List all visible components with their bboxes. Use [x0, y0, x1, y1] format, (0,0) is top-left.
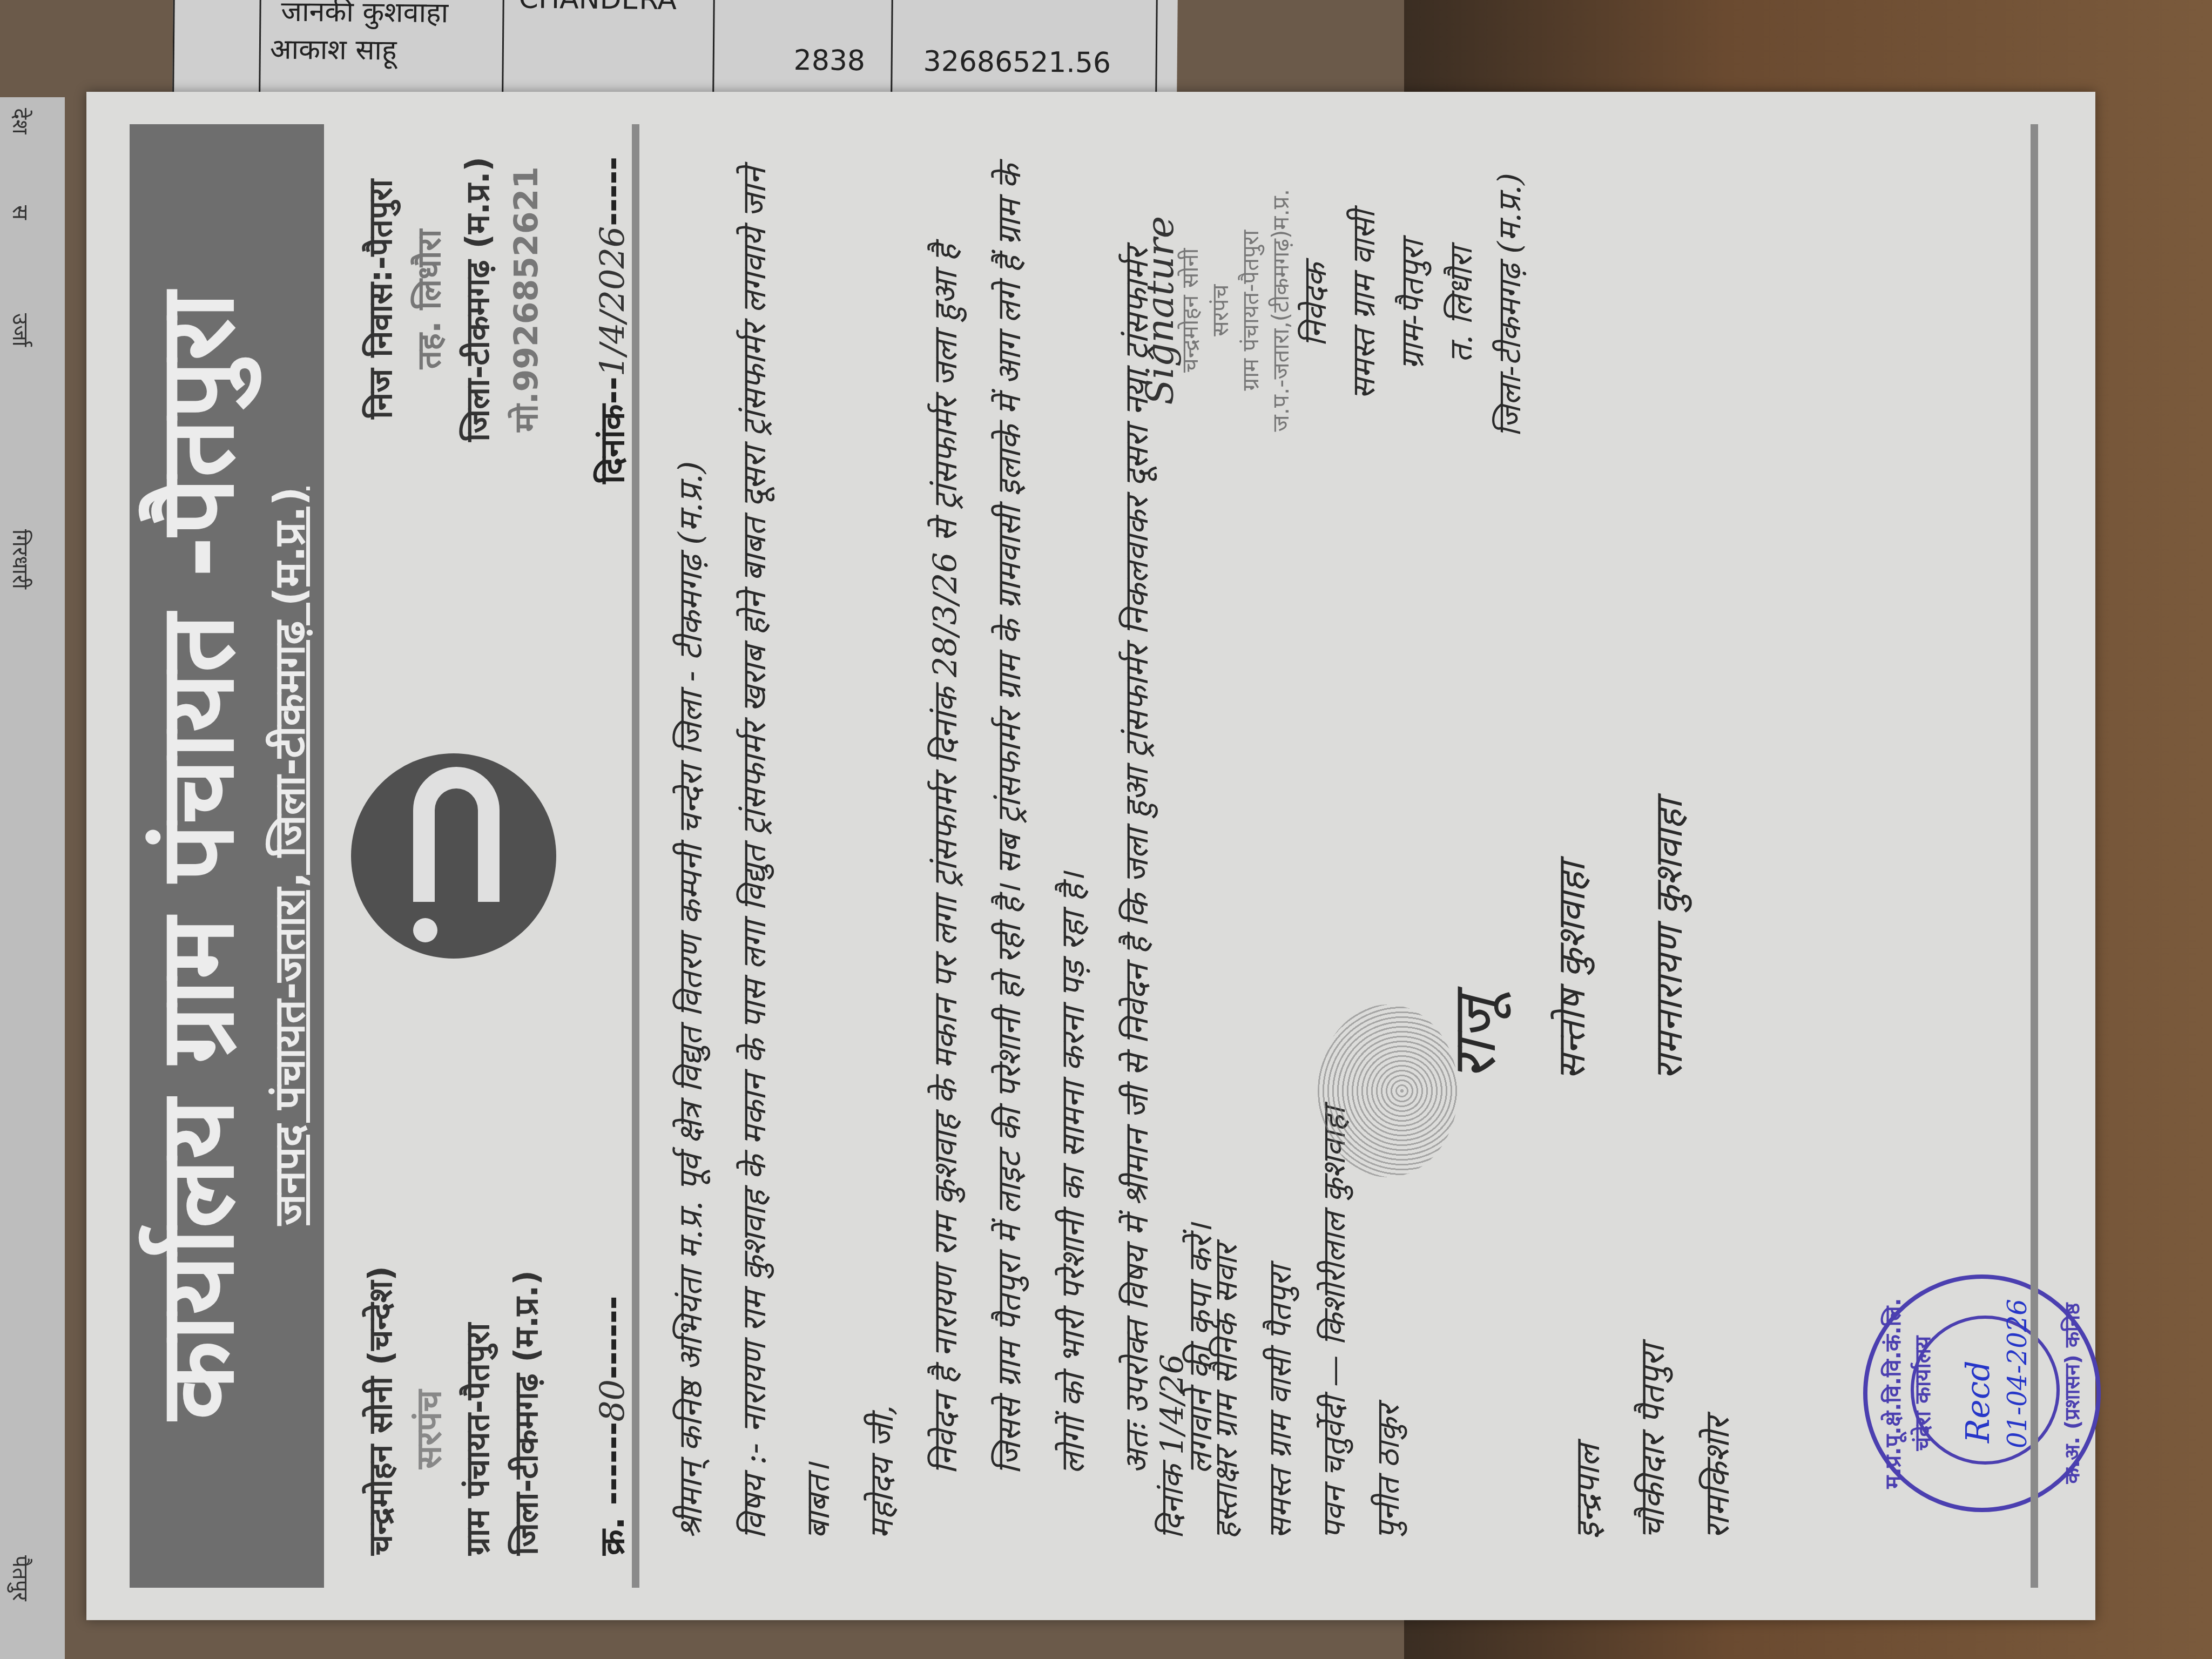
salutation: महोदय जी,	[850, 162, 914, 1539]
fragment-text: स	[5, 205, 35, 220]
signatory-name: रामनारायण कुशवाहा	[1620, 799, 1717, 1080]
mobile-number: मो.9926852621	[502, 157, 551, 442]
fragment-text: देश	[5, 108, 35, 134]
panchayat-name: ग्राम पंचायत-पैतपुरा	[454, 1266, 502, 1555]
letterhead-details: चन्द्रमोहन सोनी (चन्देश) सरपंच ग्राम पंच…	[340, 124, 572, 1588]
date-value: 1/4/2026	[592, 226, 632, 376]
applicant-line: जिला-टीकमगढ़ (म.प्र.)	[1485, 173, 1534, 437]
signatory-name: हस्ताक्षर ग्राम सैनिक सवार	[1208, 1244, 1244, 1539]
signatory-note: समस्त ग्राम वासी पैतपुरा	[1262, 1266, 1298, 1539]
residence-details: निज निवास:-पैतपुरा तह. लिधौरा जिला-टीकमग…	[356, 157, 551, 442]
subject: विषय :- नारायण राम कुशवाह के मकान के पास…	[723, 162, 850, 1539]
applicant-line: त. लिधौरा	[1437, 173, 1485, 437]
fragment-text: पैतपुर	[5, 1555, 35, 1601]
office-stamp: म.प्र.पू.क्षे.वि.वि.कं.लि. चंदेरा कार्या…	[1863, 1274, 2101, 1512]
signatory: समस्त ग्राम वासी पैतपुरा	[1253, 1107, 1307, 1539]
residence-district: जिला-टीकमगढ़ (म.प्र.)	[454, 157, 502, 442]
reference-number: क्र. ------80------	[589, 1296, 634, 1555]
sarpanch-designation: सरपंच	[405, 1266, 454, 1555]
reference-value: 80	[592, 1379, 632, 1422]
closing-date: दिनांक 1/4/26	[1145, 1107, 1199, 1539]
letter-page-wrapper: कार्यालय ग्राम पंचायत -पैतपुरा जनपद पंचा…	[86, 92, 2095, 1620]
bottom-signatories: इन्द्रपाल चौकीदार पैतपुरा रामकिशोर	[1555, 1345, 1750, 1539]
applicant-line: समस्त ग्राम वासी	[1339, 173, 1388, 437]
applicant-line: निवेदक	[1291, 173, 1339, 437]
date-label: दिनांक	[592, 404, 632, 484]
stamp-ring-top: म.प्र.पू.क्षे.वि.वि.कं.लि. चंदेरा कार्या…	[1877, 1279, 1937, 1508]
stamp-ring-bottom: क.अ. (प्रशासन) कनिष्ठ	[2058, 1279, 2086, 1508]
stamp-date: 01-04-2026	[2002, 1299, 2033, 1448]
sarpanch-sig-org: ग्राम पंचायत-पैतपुरा	[1236, 189, 1266, 431]
divider	[632, 124, 639, 1588]
reference-line: क्र. ------80------ दिनांक--1/4/2026----…	[589, 157, 626, 1555]
table-name-2: आकाश साहू	[270, 29, 397, 68]
tehsil: तह. लिधौरा	[405, 157, 454, 442]
signatory-name: पवन चतुर्वेदी	[1316, 1397, 1352, 1539]
sarpanch-name: चन्द्रमोहन सोनी (चन्देश)	[356, 1266, 405, 1555]
letterhead-banner: कार्यालय ग्राम पंचायत -पैतपुरा जनपद पंचा…	[130, 124, 324, 1588]
background-table: जानकी कुशवाहा आकाश साहू CHANDERA 2838 32…	[172, 0, 1178, 103]
reference-date: दिनांक--1/4/2026-----	[589, 157, 634, 484]
sarpanch-signature-block: Signature चन्द्रमोहन सोनी सरपंच ग्राम पं…	[1145, 189, 1296, 431]
footer-rule	[2031, 124, 2038, 1588]
signatory-name: पुनीत ठाकुर	[1370, 1405, 1406, 1539]
sarpanch-signature: Signature	[1145, 189, 1175, 431]
letterhead-title: कार्यालय ग्राम पंचायत -पैतपुरा	[130, 124, 259, 1588]
body-paragraph: निवेदन है नारायण राम कुशवाह के मकान पर ल…	[914, 162, 1105, 1539]
signatory-name: रामकिशोर	[1685, 1345, 1750, 1539]
district-name: जिला-टीकमगढ़ (म.प्र.)	[502, 1266, 551, 1555]
stamp-signature: Recd	[1959, 1360, 1997, 1443]
table-count: 2838	[793, 44, 865, 77]
table-amount: 32686521.56	[923, 45, 1111, 79]
signatory: पवन चतुर्वेदी — किशोरीलाल कुशवाहा	[1307, 1107, 1361, 1539]
fragment-text: उर्जा	[5, 313, 35, 347]
signatory-name: राजू	[1426, 799, 1523, 1080]
background-document-left: देश स उर्जा गिरधारी पैतपुर	[0, 97, 65, 1659]
sarpanch-details: चन्द्रमोहन सोनी (चन्देश) सरपंच ग्राम पंच…	[356, 1266, 551, 1555]
signatory: हस्ताक्षर ग्राम सैनिक सवार	[1199, 1107, 1253, 1539]
signatory-name: इन्द्रपाल	[1555, 1345, 1620, 1539]
signatory-name: सन्तोष कुशवाहा	[1523, 799, 1620, 1080]
panchayat-logo-icon	[351, 753, 556, 959]
residence: निज निवास:-पैतपुरा	[356, 157, 405, 442]
sarpanch-sig-designation: सरपंच	[1205, 189, 1236, 431]
applicant-block: निवेदक समस्त ग्राम वासी ग्राम-पैतपुरा त.…	[1291, 173, 1534, 437]
letter-page: कार्यालय ग्राम पंचायत -पैतपुरा जनपद पंचा…	[86, 92, 2095, 1620]
applicant-line: ग्राम-पैतपुरा	[1388, 173, 1437, 437]
table-location: CHANDERA	[518, 0, 677, 16]
addressee: श्रीमान् कनिष्ठ अभियंता म.प्र. पूर्व क्ष…	[659, 162, 723, 1539]
signatory-name: चौकीदार पैतपुरा	[1620, 1345, 1685, 1539]
handwritten-signatures: राजू सन्तोष कुशवाहा रामनारायण कुशवाहा	[1426, 799, 1717, 1080]
fragment-text: गिरधारी	[5, 529, 35, 589]
table-name-1: जानकी कुशवाहा	[281, 0, 448, 31]
reference-label: क्र.	[592, 1517, 632, 1555]
letterhead-subtitle: जनपद पंचायत-जतारा, जिला-टीकमगढ़ (म.प्र.)	[259, 124, 316, 1588]
